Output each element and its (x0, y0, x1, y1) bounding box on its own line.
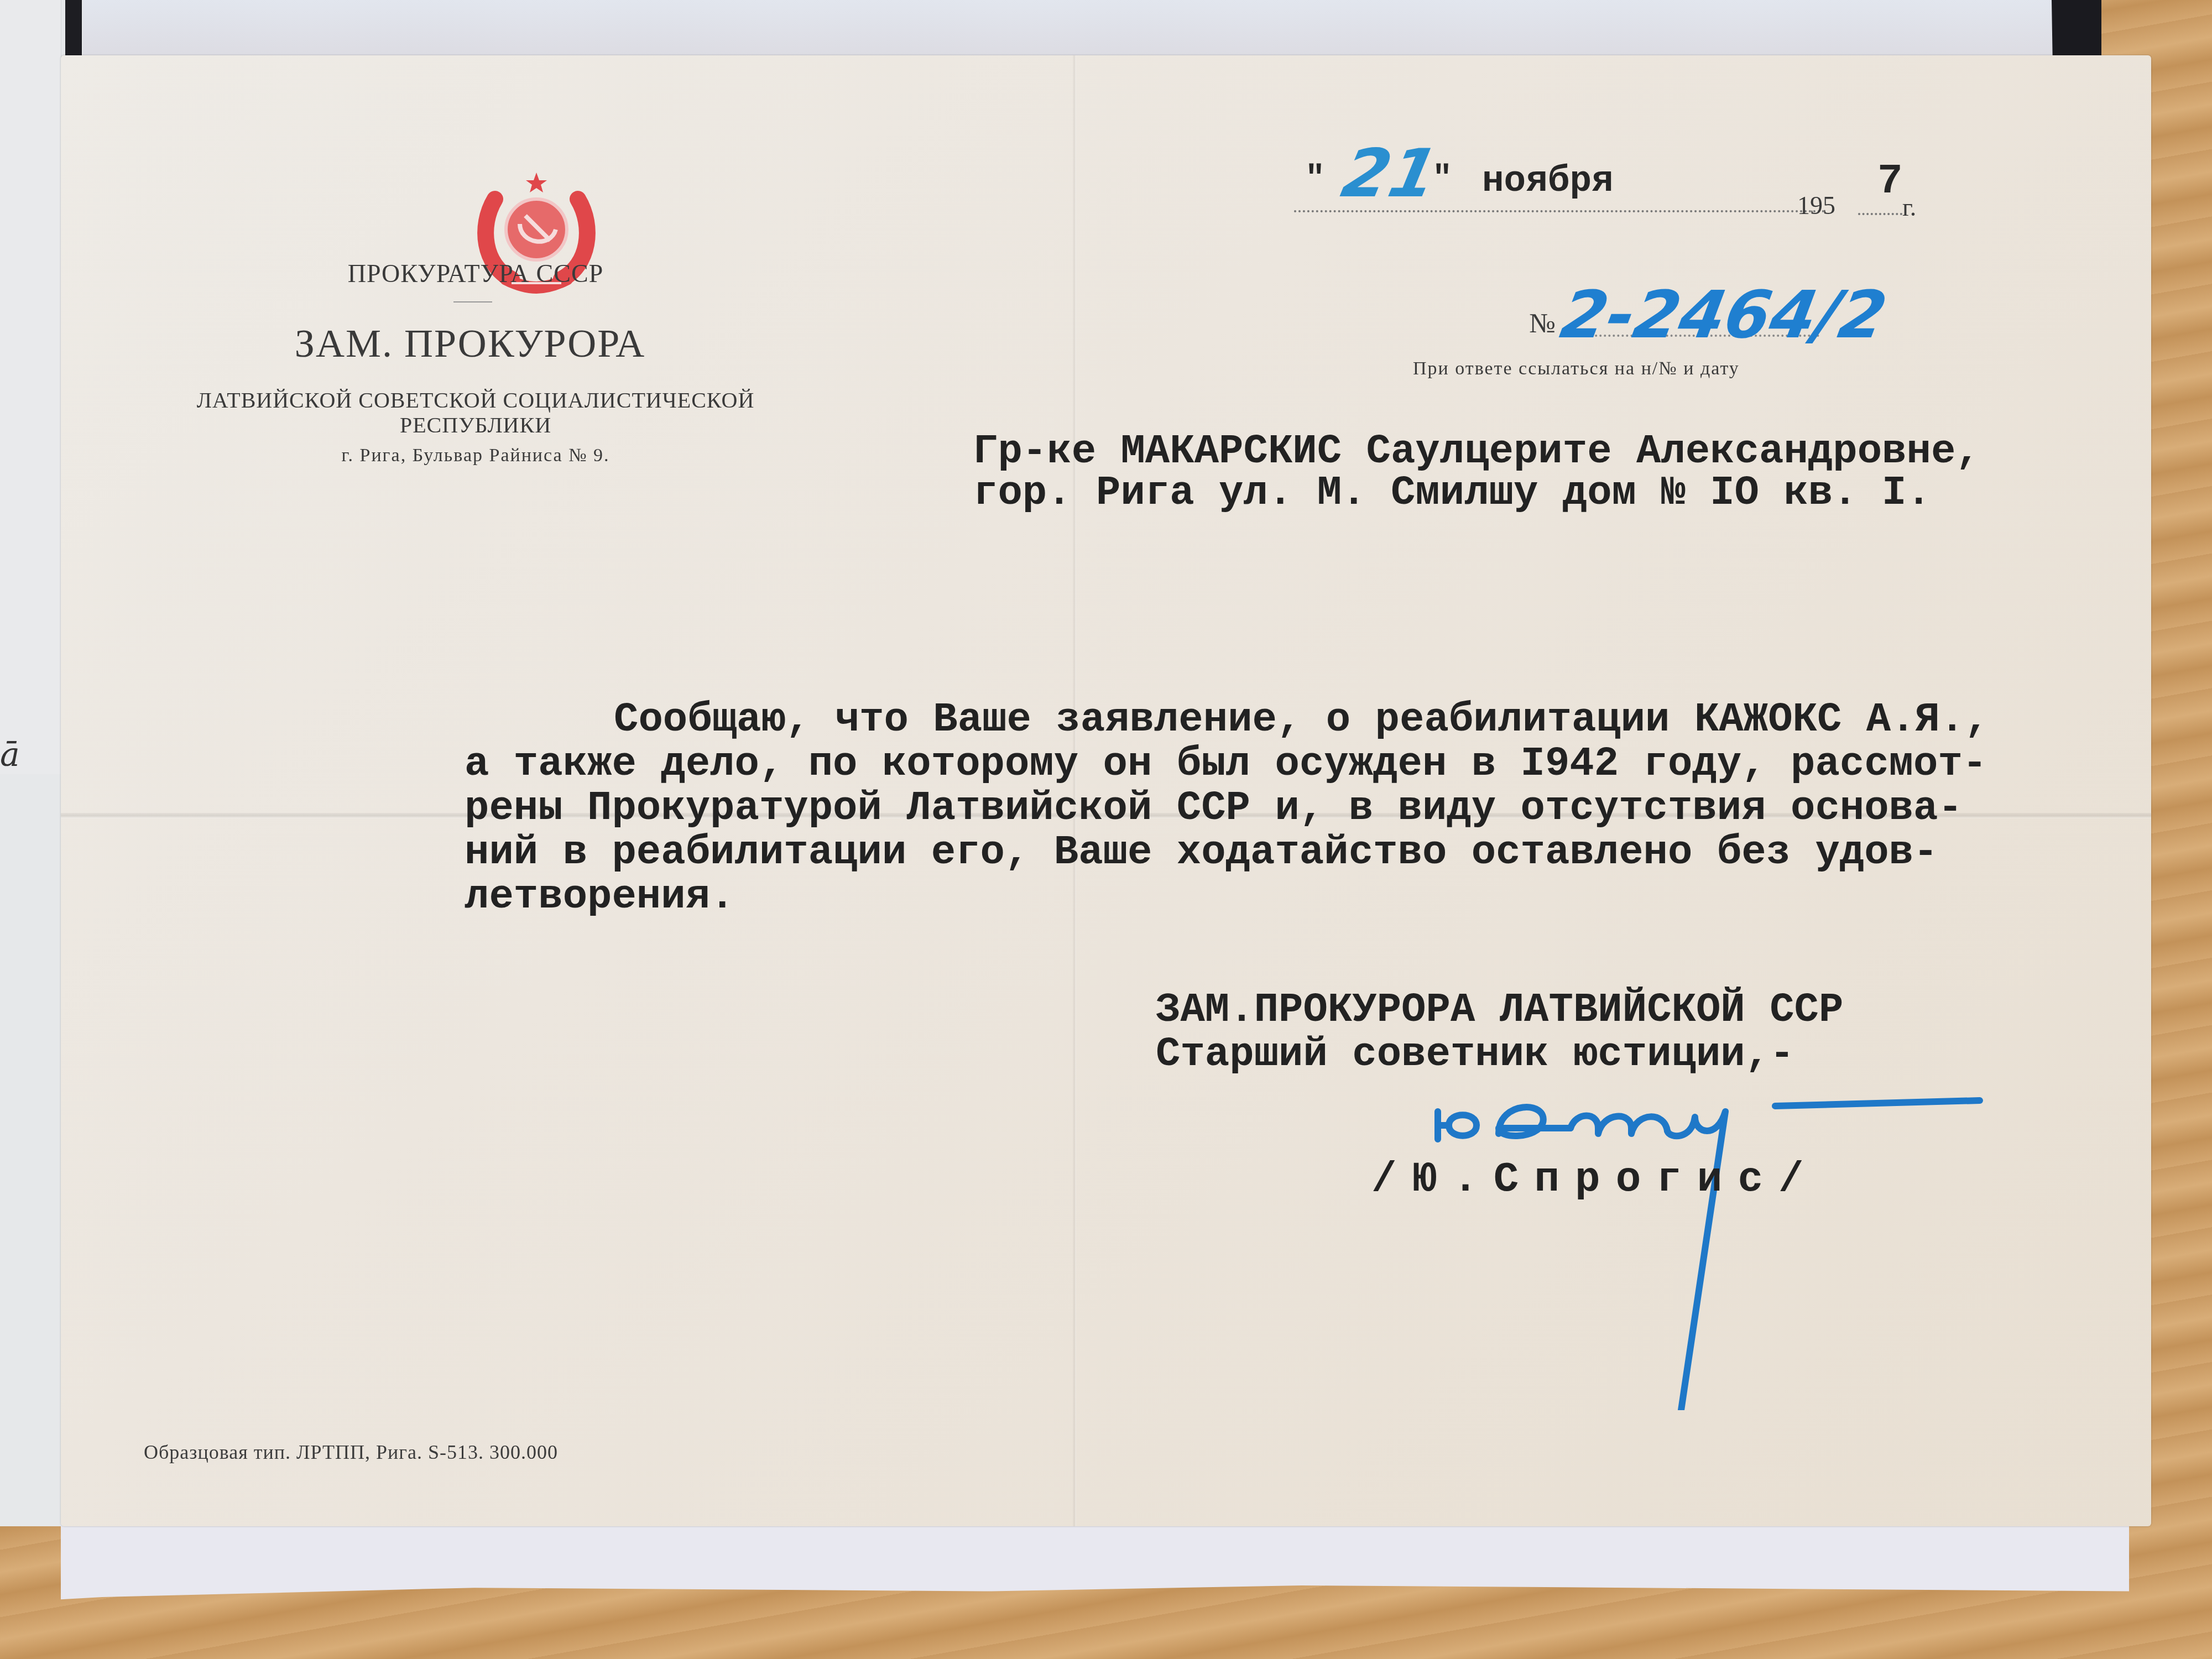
body-line: Сообщаю, что Ваше заявление, о реабилита… (614, 697, 1989, 743)
body-line: а также дело, по которому он был осужден… (465, 741, 1987, 787)
date-year-dots (1858, 213, 1902, 215)
letterhead-address: г. Рига, Бульвар Райниса № 9. (221, 445, 730, 466)
date-dotted-line (1294, 210, 1825, 212)
reference-note: При ответе ссылаться на н/№ и дату (1413, 358, 1740, 379)
organization-name: ПРОКУРАТУРА СССР (276, 259, 675, 288)
date-year-prefix: 195 (1797, 191, 1835, 220)
letterhead-title: ЗАМ. ПРОКУРОРА (221, 321, 719, 367)
underlying-handwriting-fragment: ā (0, 735, 20, 774)
date-quote-open: " (1305, 160, 1325, 198)
date-quote-close: " (1432, 160, 1452, 198)
signatory-name: /Ю.Спрогис/ (1371, 1156, 1819, 1203)
body-line: ний в реабилитации его, Ваше ходатайство… (465, 830, 1938, 876)
reference-number-sign: № (1529, 307, 1556, 339)
addressee-line2: гор. Рига ул. М. Смилшу дом № IО кв. I. (973, 470, 1931, 517)
body-line: летворения. (465, 874, 734, 920)
letterhead-divider (453, 301, 492, 302)
underlying-page-left-upper (0, 0, 61, 774)
signatory-title: ЗАМ.ПРОКУРОРА ЛАТВИЙСКОЙ ССР (1156, 987, 1843, 1034)
reference-number-handwritten: 2-2464/2 (1556, 276, 1892, 353)
handwritten-signature-icon (1416, 1078, 2052, 1410)
folder-edge-top (65, 0, 82, 55)
letterhead-subtitle-line1: ЛАТВИЙСКОЙ СОВЕТСКОЙ СОЦИАЛИСТИЧЕСКОЙ (100, 387, 852, 413)
letterhead-subtitle-line2: РЕСПУБЛИКИ (276, 412, 675, 438)
printer-imprint: Образцовая тип. ЛРТПП, Рига. S-513. 300.… (144, 1441, 558, 1464)
date-year-suffix: г. (1902, 192, 1916, 222)
addressee-line1: Гр-ке МАКАРСКИС Саулцерите Александровне… (973, 429, 1980, 475)
date-month: ноября (1482, 160, 1614, 202)
signatory-rank: Старший советник юстиции,- (1156, 1031, 1794, 1078)
date-year-digit: 7 (1877, 158, 1903, 205)
date-day-handwritten: 21 (1335, 135, 1444, 212)
body-line: рены Прокуратурой Латвийской ССР и, в ви… (465, 785, 1963, 832)
